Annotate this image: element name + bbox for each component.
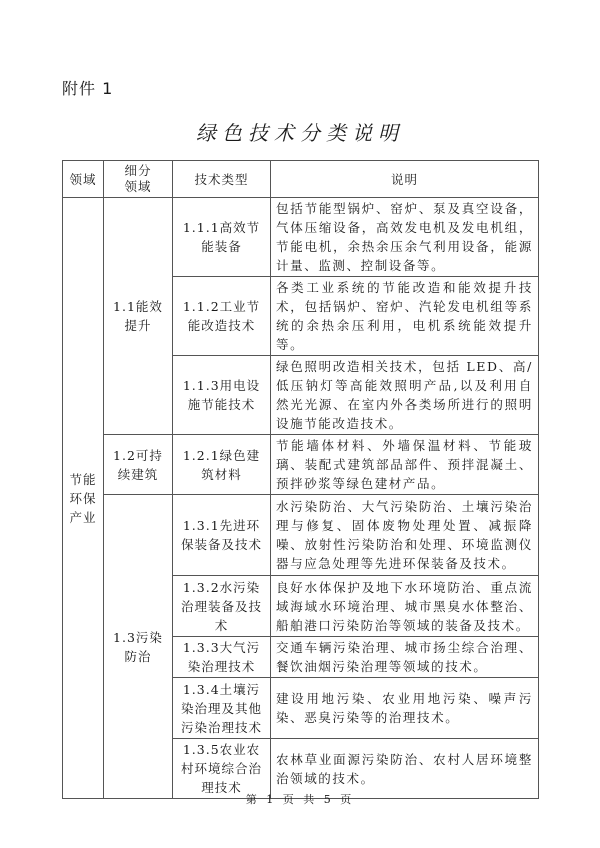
header-domain: 领域 — [63, 161, 104, 198]
table-row: 1.2可持续建筑 1.2.1绿色建筑材料 节能墙体材料、外墙保温材料、节能玻璃、… — [63, 435, 539, 495]
subdomain-cell: 1.2可持续建筑 — [104, 435, 173, 495]
description-cell: 水污染防治、大气污染防治、土壤污染治理与修复、固体废物处理处置、减振降噪、放射性… — [271, 495, 539, 576]
tech-type-cell: 1.1.3用电设施节能技术 — [173, 356, 271, 435]
tech-type-cell: 1.3.3大气污染治理技术 — [173, 637, 271, 678]
tech-type-cell: 1.3.2水污染治理装备及技术 — [173, 576, 271, 637]
table-header-row: 领域 细分领域 技术类型 说明 — [63, 161, 539, 198]
description-cell: 良好水体保护及地下水环境防治、重点流域海域水环境治理、城市黑臭水体整治、船舶港口… — [271, 576, 539, 637]
description-cell: 各类工业系统的节能改造和能效提升技术，包括锅炉、窑炉、汽轮发电机组等系统的余热余… — [271, 277, 539, 356]
description-cell: 建设用地污染、农业用地污染、噪声污染、恶臭污染等的治理技术。 — [271, 678, 539, 739]
tech-type-cell: 1.3.4土壤污染治理及其他污染治理技术 — [173, 678, 271, 739]
green-tech-classification-table: 领域 细分领域 技术类型 说明 节能环保产业 1.1能效提升 1.1.1高效节能… — [62, 160, 539, 799]
page-footer: 第 1 页 共 5 页 — [0, 791, 600, 807]
tech-type-cell: 1.1.2工业节能改造技术 — [173, 277, 271, 356]
table-row: 节能环保产业 1.1能效提升 1.1.1高效节能装备 包括节能型锅炉、窑炉、泵及… — [63, 198, 539, 277]
domain-cell: 节能环保产业 — [63, 198, 104, 799]
tech-type-cell: 1.3.5农业农村环境综合治理技术 — [173, 739, 271, 799]
attachment-label: 附件 1 — [62, 76, 113, 99]
subdomain-cell: 1.1能效提升 — [104, 198, 173, 435]
table-row: 1.3污染防治 1.3.1先进环保装备及技术 水污染防治、大气污染防治、土壤污染… — [63, 495, 539, 576]
document-title: 绿色技术分类说明 — [0, 117, 600, 146]
header-subdomain: 细分领域 — [104, 161, 173, 198]
description-cell: 节能墙体材料、外墙保温材料、节能玻璃、装配式建筑部品部件、预拌混凝土、预拌砂浆等… — [271, 435, 539, 495]
tech-type-cell: 1.3.1先进环保装备及技术 — [173, 495, 271, 576]
tech-type-cell: 1.1.1高效节能装备 — [173, 198, 271, 277]
header-tech-type: 技术类型 — [173, 161, 271, 198]
description-cell: 交通车辆污染治理、城市扬尘综合治理、餐饮油烟污染治理等领域的技术。 — [271, 637, 539, 678]
header-description: 说明 — [271, 161, 539, 198]
tech-type-cell: 1.2.1绿色建筑材料 — [173, 435, 271, 495]
description-cell: 农林草业面源污染防治、农村人居环境整治领域的技术。 — [271, 739, 539, 799]
description-cell: 包括节能型锅炉、窑炉、泵及真空设备，气体压缩设备，高效发电机及发电机组，节能电机… — [271, 198, 539, 277]
description-cell: 绿色照明改造相关技术，包括 LED、高/低压钠灯等高能效照明产品,以及利用自然光… — [271, 356, 539, 435]
subdomain-cell: 1.3污染防治 — [104, 495, 173, 799]
